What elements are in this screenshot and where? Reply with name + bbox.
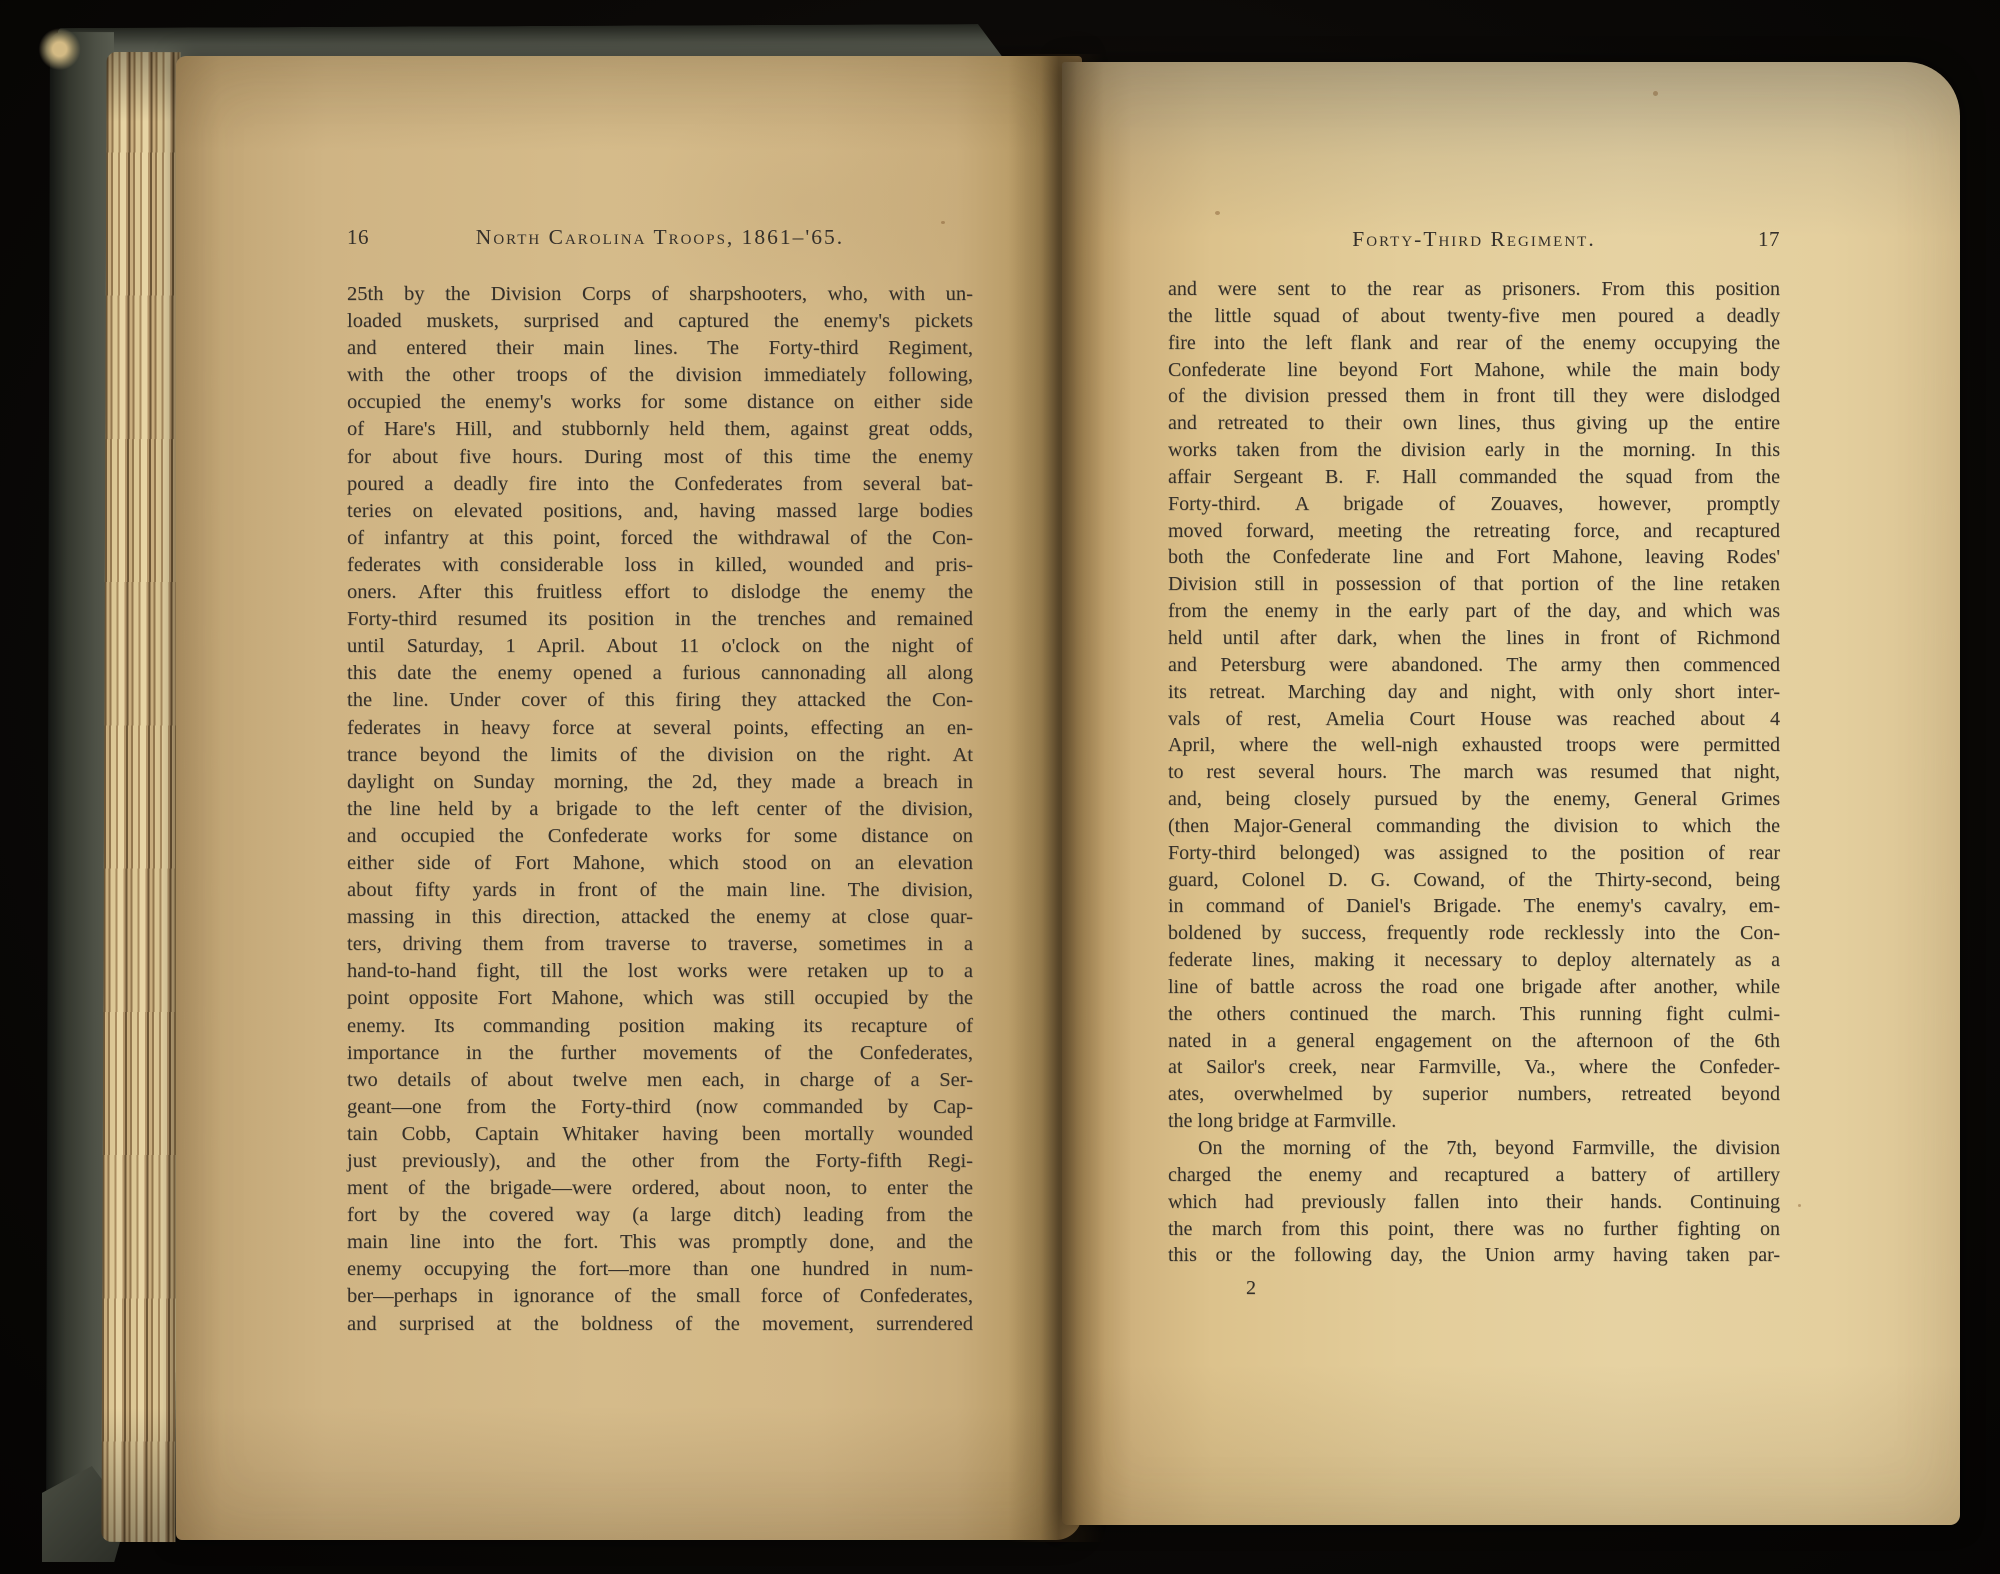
text-line: geant—one from the Forty-third (now comm…	[347, 1094, 973, 1121]
text-line: poured a deadly fire into the Confederat…	[347, 471, 973, 498]
text-line: and Petersburg were abandoned. The army …	[1168, 652, 1780, 679]
text-line: loaded muskets, surprised and captured t…	[347, 308, 973, 335]
text-line: oners. After this fruitless effort to di…	[347, 579, 973, 606]
text-line: and retreated to their own lines, thus g…	[1168, 410, 1780, 437]
text-line: point opposite Fort Mahone, which was st…	[347, 985, 973, 1012]
text-line: importance in the further movements of t…	[347, 1040, 973, 1067]
text-line: either side of Fort Mahone, which stood …	[347, 850, 973, 877]
text-line: and occupied the Confederate works for s…	[347, 823, 973, 850]
text-line: and entered their main lines. The Forty-…	[347, 335, 973, 362]
foxing-speck	[941, 221, 945, 224]
text-line: Forty-third resumed its position in the …	[347, 606, 973, 633]
text-line: (then Major-General commanding the divis…	[1168, 813, 1780, 840]
text-line: at Sailor's creek, near Farmville, Va., …	[1168, 1054, 1780, 1081]
text-line: which had previously fallen into their h…	[1168, 1189, 1780, 1216]
text-line: its retreat. Marching day and night, wit…	[1168, 679, 1780, 706]
text-line: line of battle across the road one briga…	[1168, 974, 1780, 1001]
foxing-speck	[1798, 1204, 1801, 1207]
text-line: trance beyond the limits of the division…	[347, 742, 973, 769]
page-edge-stack	[101, 52, 180, 1542]
right-running-head: Forty-Third Regiment.	[1352, 227, 1595, 251]
book-cover-corner-top-left	[38, 28, 86, 72]
text-line: the line. Under cover of this firing the…	[347, 687, 973, 714]
text-line: April, where the well-nigh exhausted tro…	[1168, 732, 1780, 759]
right-page-body: and were sent to the rear as prisoners. …	[1168, 276, 1780, 1269]
text-line: the march from this point, there was no …	[1168, 1216, 1780, 1243]
text-line: and surprised at the boldness of the mov…	[347, 1311, 973, 1338]
text-line: vals of rest, Amelia Court House was rea…	[1168, 706, 1780, 733]
text-line: until Saturday, 1 April. About 11 o'cloc…	[347, 633, 973, 660]
text-line: Division still in possession of that por…	[1168, 571, 1780, 598]
text-line: this date the enemy opened a furious can…	[347, 660, 973, 687]
text-line: ment of the brigade—were ordered, about …	[347, 1175, 973, 1202]
text-line: works taken from the division early in t…	[1168, 437, 1780, 464]
right-page-header: Forty-Third Regiment. 17	[1168, 226, 1780, 252]
text-line: nated in a general engagement on the aft…	[1168, 1028, 1780, 1055]
text-line: ates, overwhelmed by superior numbers, r…	[1168, 1081, 1780, 1108]
text-line: main line into the fort. This was prompt…	[347, 1229, 973, 1256]
text-line: and were sent to the rear as prisoners. …	[1168, 276, 1780, 303]
left-running-head: North Carolina Troops, 1861–'65.	[476, 225, 844, 249]
text-line: Forty-third. A brigade of Zouaves, howev…	[1168, 491, 1780, 518]
text-line: just previously), and the other from the…	[347, 1148, 973, 1175]
text-line: two details of about twelve men each, in…	[347, 1067, 973, 1094]
text-line: enemy. Its commanding position making it…	[347, 1013, 973, 1040]
text-line: with the other troops of the division im…	[347, 362, 973, 389]
text-line: this or the following day, the Union arm…	[1168, 1242, 1780, 1269]
text-line: ber—perhaps in ignorance of the small fo…	[347, 1283, 973, 1310]
text-line: the little squad of about twenty-five me…	[1168, 303, 1780, 330]
text-line: moved forward, meeting the retreating fo…	[1168, 518, 1780, 545]
text-line: boldened by success, frequently rode rec…	[1168, 920, 1780, 947]
text-line: of infantry at this point, forced the wi…	[347, 525, 973, 552]
text-line: Confederate line beyond Fort Mahone, whi…	[1168, 357, 1780, 384]
text-line: charged the enemy and recaptured a batte…	[1168, 1162, 1780, 1189]
text-line: of the division pressed them in front ti…	[1168, 383, 1780, 410]
text-line: the long bridge at Farmville.	[1168, 1108, 1780, 1135]
text-line: 25th by the Division Corps of sharpshoot…	[347, 281, 973, 308]
text-line: affair Sergeant B. F. Hall commanded the…	[1168, 464, 1780, 491]
text-line: the others continued the march. This run…	[1168, 1001, 1780, 1028]
text-line: massing in this direction, attacked the …	[347, 904, 973, 931]
left-page: 16 North Carolina Troops, 1861–'65. 25th…	[176, 56, 1082, 1540]
foxing-speck	[1653, 91, 1658, 96]
text-line: the line held by a brigade to the left c…	[347, 796, 973, 823]
text-line: On the morning of the 7th, beyond Farmvi…	[1168, 1135, 1780, 1162]
text-line: guard, Colonel D. G. Cowand, of the Thir…	[1168, 867, 1780, 894]
text-line: for about five hours. During most of thi…	[347, 444, 973, 471]
right-page: Forty-Third Regiment. 17 and were sent t…	[1062, 62, 1960, 1525]
text-line: teries on elevated positions, and, havin…	[347, 498, 973, 525]
text-line: from the enemy in the early part of the …	[1168, 598, 1780, 625]
text-line: held until after dark, when the lines in…	[1168, 625, 1780, 652]
text-line: and, being closely pursued by the enemy,…	[1168, 786, 1780, 813]
right-page-number: 17	[1758, 226, 1780, 252]
text-line: daylight on Sunday morning, the 2d, they…	[347, 769, 973, 796]
text-line: both the Confederate line and Fort Mahon…	[1168, 544, 1780, 571]
text-line: of Hare's Hill, and stubbornly held them…	[347, 416, 973, 443]
signature-mark: 2	[1246, 1277, 1256, 1300]
text-line: tain Cobb, Captain Whitaker having been …	[347, 1121, 973, 1148]
text-line: about fifty yards in front of the main l…	[347, 877, 973, 904]
text-line: fort by the covered way (a large ditch) …	[347, 1202, 973, 1229]
book-photograph: 16 North Carolina Troops, 1861–'65. 25th…	[0, 0, 2000, 1574]
text-line: federates in heavy force at several poin…	[347, 715, 973, 742]
text-line: Forty-third belonged) was assigned to th…	[1168, 840, 1780, 867]
left-page-header: 16 North Carolina Troops, 1861–'65.	[347, 224, 973, 250]
text-line: ters, driving them from traverse to trav…	[347, 931, 973, 958]
text-line: to rest several hours. The march was res…	[1168, 759, 1780, 786]
text-line: federate lines, making it necessary to d…	[1168, 947, 1780, 974]
text-line: federates with considerable loss in kill…	[347, 552, 973, 579]
text-line: occupied the enemy's works for some dist…	[347, 389, 973, 416]
text-line: hand-to-hand fight, till the lost works …	[347, 958, 973, 985]
left-page-number: 16	[347, 224, 369, 250]
text-line: enemy occupying the fort—more than one h…	[347, 1256, 973, 1283]
foxing-speck	[1215, 211, 1220, 215]
text-line: in command of Daniel's Brigade. The enem…	[1168, 893, 1780, 920]
left-page-body: 25th by the Division Corps of sharpshoot…	[347, 281, 973, 1338]
text-line: fire into the left flank and rear of the…	[1168, 330, 1780, 357]
